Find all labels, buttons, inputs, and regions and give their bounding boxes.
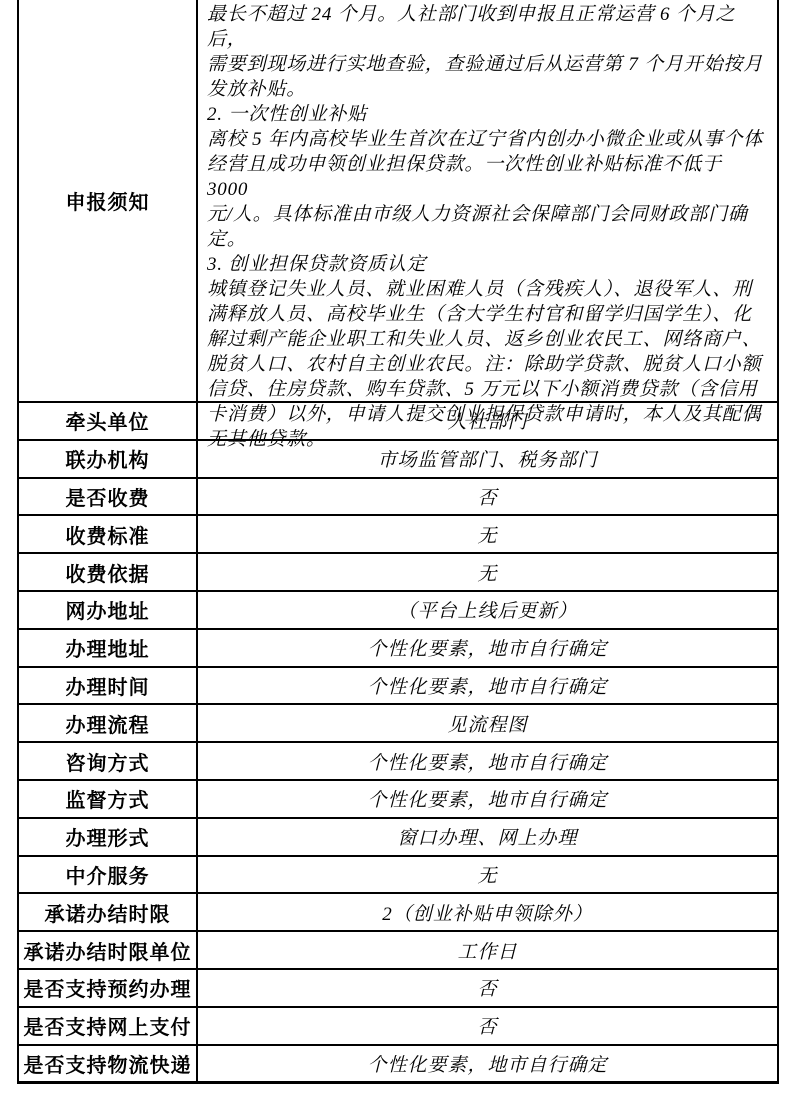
row-label: 承诺办结时限单位: [19, 932, 198, 968]
row-value: 否: [198, 479, 777, 515]
row-value: 个性化要素，地市自行确定: [198, 743, 777, 779]
table-row: 是否支持预约办理否: [19, 968, 777, 1006]
row-label: 收费依据: [19, 554, 198, 590]
table-row: 办理时间个性化要素，地市自行确定: [19, 666, 777, 704]
row-value: 个性化要素，地市自行确定: [198, 1046, 777, 1082]
table-row: 牵头单位人社部门: [19, 401, 777, 439]
row-label: 办理地址: [19, 630, 198, 666]
row-label: 监督方式: [19, 781, 198, 817]
row-value: 人社部门: [198, 403, 777, 439]
row-value: 无: [198, 554, 777, 590]
table-row: 是否收费否: [19, 477, 777, 515]
notice-label: 申报须知: [19, 0, 198, 401]
row-label: 是否支持预约办理: [19, 970, 198, 1006]
table-row: 网办地址（平台上线后更新）: [19, 590, 777, 628]
row-label: 收费标准: [19, 516, 198, 552]
notice-row: 申报须知 最长不超过 24 个月。人社部门收到申报且正常运营 6 个月之后， 需…: [19, 0, 777, 401]
row-label: 是否支持物流快递: [19, 1046, 198, 1082]
table-row: 承诺办结时限2（创业补贴申领除外）: [19, 892, 777, 930]
table-row: 办理形式窗口办理、网上办理: [19, 817, 777, 855]
row-label: 办理流程: [19, 705, 198, 741]
row-label: 网办地址: [19, 592, 198, 628]
row-value: 工作日: [198, 932, 777, 968]
row-label: 办理形式: [19, 819, 198, 855]
document-page: 申报须知 最长不超过 24 个月。人社部门收到申报且正常运营 6 个月之后， 需…: [0, 0, 799, 1095]
notice-text: 最长不超过 24 个月。人社部门收到申报且正常运营 6 个月之后， 需要到现场进…: [198, 0, 777, 401]
row-label: 中介服务: [19, 857, 198, 893]
row-value: 见流程图: [198, 705, 777, 741]
row-value: 无: [198, 857, 777, 893]
row-value: 2（创业补贴申领除外）: [198, 894, 777, 930]
table-row: 监督方式个性化要素，地市自行确定: [19, 779, 777, 817]
service-info-table: 申报须知 最长不超过 24 个月。人社部门收到申报且正常运营 6 个月之后， 需…: [17, 0, 779, 1084]
table-row: 联办机构市场监管部门、税务部门: [19, 439, 777, 477]
row-value: 市场监管部门、税务部门: [198, 441, 777, 477]
table-row: 是否支持物流快递个性化要素，地市自行确定: [19, 1044, 777, 1082]
row-value: 否: [198, 1008, 777, 1044]
row-label: 是否支持网上支付: [19, 1008, 198, 1044]
row-value: （平台上线后更新）: [198, 592, 777, 628]
row-label: 承诺办结时限: [19, 894, 198, 930]
table-row: 办理地址个性化要素，地市自行确定: [19, 628, 777, 666]
row-label: 咨询方式: [19, 743, 198, 779]
row-value: 个性化要素，地市自行确定: [198, 668, 777, 704]
table-row: 办理流程见流程图: [19, 703, 777, 741]
row-label: 牵头单位: [19, 403, 198, 439]
table-row: 收费标准无: [19, 514, 777, 552]
row-value: 否: [198, 970, 777, 1006]
row-value: 个性化要素，地市自行确定: [198, 781, 777, 817]
table-row: 承诺办结时限单位工作日: [19, 930, 777, 968]
row-value: 个性化要素，地市自行确定: [198, 630, 777, 666]
row-label: 联办机构: [19, 441, 198, 477]
row-value: 无: [198, 516, 777, 552]
table-row: 是否支持网上支付否: [19, 1006, 777, 1044]
row-value: 窗口办理、网上办理: [198, 819, 777, 855]
table-row: 中介服务无: [19, 855, 777, 893]
table-row: 收费依据无: [19, 552, 777, 590]
table-row: 咨询方式个性化要素，地市自行确定: [19, 741, 777, 779]
row-label: 办理时间: [19, 668, 198, 704]
table-rows: 牵头单位人社部门联办机构市场监管部门、税务部门是否收费否收费标准无收费依据无网办…: [19, 401, 777, 1081]
row-label: 是否收费: [19, 479, 198, 515]
